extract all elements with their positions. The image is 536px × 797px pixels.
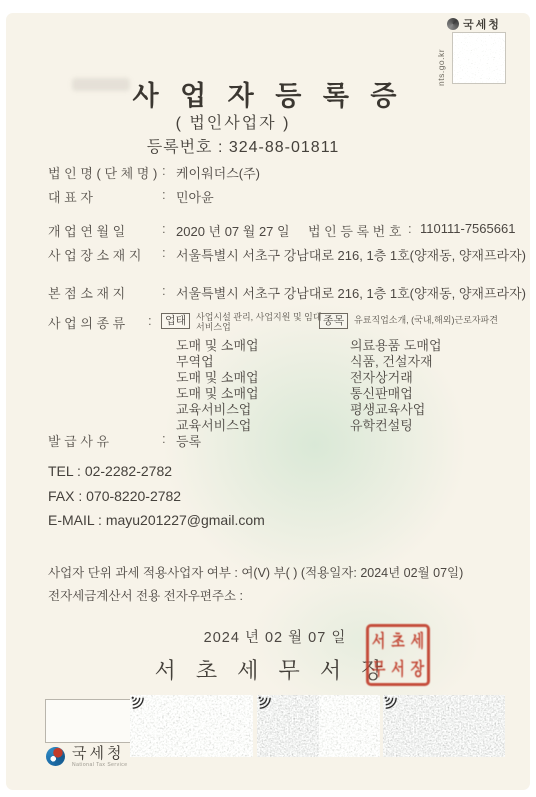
tel-line: TEL : 02-2282-2782 — [48, 463, 172, 479]
business-address-label: 사 업 장 소 재 지 — [48, 245, 141, 264]
colon: : — [162, 431, 166, 446]
uptae-head-line1: 사업시설 관리, 사업지원 및 임대 — [196, 312, 322, 322]
2d-barcode-3 — [383, 695, 505, 757]
radio-wave-icon — [131, 696, 144, 709]
e-invoice-email-line: 전자세금계산서 전용 전자우편주소 : — [48, 586, 243, 604]
email-line: E-MAIL : mayu201227@gmail.com — [48, 512, 265, 528]
corp-name-label: 법 인 명 ( 단 체 명 ) — [48, 163, 157, 182]
colon: : — [162, 283, 166, 298]
colon: : — [162, 163, 166, 178]
corp-name-value: 케이워더스(주) — [176, 163, 260, 182]
nts-taegeuk-icon — [46, 747, 65, 766]
tax-unit-line: 사업자 단위 과세 적용사업자 여부 : 여(V) 부( ) (적용일자: 20… — [48, 563, 463, 581]
radio-wave-icon — [384, 696, 397, 709]
issue-reason-value: 등록 — [176, 431, 201, 450]
seal-char: 서 — [391, 660, 405, 679]
representative-label: 대 표 자 — [48, 187, 93, 206]
corp-reg-no-label: 법 인 등 록 번 호 — [308, 221, 401, 240]
nts-agency-label: 국세청 — [463, 16, 501, 32]
uptae-tag: 업태 — [161, 313, 190, 329]
colon: : — [162, 245, 166, 260]
seal-char: 세 — [411, 632, 425, 651]
2d-barcode-1 — [130, 695, 253, 757]
nts-mini-logo-icon — [447, 18, 459, 30]
issue-reason-label: 발 급 사 유 — [48, 431, 109, 450]
seal-char: 서 — [372, 632, 386, 651]
representative-value: 민아윤 — [176, 187, 214, 206]
nts-footer-logo: 국세청 National Tax Service — [46, 746, 128, 769]
colon: : — [408, 221, 412, 236]
opening-date-value: 2020 년 07 월 27 일 — [176, 221, 290, 240]
colon: : — [148, 313, 152, 328]
jongmok-head: 유료직업소개, (국내,해외)근로자파견 — [354, 315, 498, 325]
seal-char: 장 — [411, 660, 425, 679]
certificate-scan: 국세청 nts.go.kr 사 업 자 등 록 증 ( 법인사업자 ) 등록번호… — [0, 0, 536, 797]
colon: : — [162, 187, 166, 202]
nts-footer-agency-en: National Tax Service — [72, 762, 128, 769]
jongmok-row: 유학컨설팅 — [350, 415, 413, 434]
opening-date-label: 개 업 연 월 일 — [48, 221, 125, 240]
jongmok-tag: 종목 — [319, 313, 348, 329]
business-address-value: 서울특별시 서초구 강남대로 216, 1층 1호(양재동, 양재프라자) — [176, 245, 526, 264]
hq-address-value: 서울특별시 서초구 강남대로 216, 1층 1호(양재동, 양재프라자) — [176, 283, 526, 302]
official-seal-stamp: 서 초 세 무 서 장 — [366, 624, 430, 686]
hq-address-label: 본 점 소 재 지 — [48, 283, 125, 302]
certificate-title: 사 업 자 등 록 증 — [0, 74, 536, 113]
seal-char: 초 — [391, 632, 405, 651]
colon: : — [162, 221, 166, 236]
issue-date: 2024 년 02 월 07 일 — [0, 626, 536, 647]
corp-reg-no-value: 110111-7565661 — [420, 221, 515, 236]
seal-char: 무 — [372, 660, 386, 679]
uptae-head-line2: 서비스업 — [196, 322, 231, 332]
footer-blank-box — [45, 699, 139, 743]
issuer-name: 서 초 세 무 서 장 — [0, 654, 536, 685]
2d-barcode-2 — [257, 695, 380, 757]
fax-line: FAX : 070-8220-2782 — [48, 488, 181, 504]
nts-footer-agency: 국세청 — [72, 746, 128, 762]
certificate-subtitle: ( 법인사업자 ) — [0, 110, 466, 133]
registration-number: 등록번호 : 324-88-01811 — [0, 134, 486, 157]
business-kind-label: 사 업 의 종 류 — [48, 313, 125, 332]
radio-wave-icon — [258, 696, 271, 709]
